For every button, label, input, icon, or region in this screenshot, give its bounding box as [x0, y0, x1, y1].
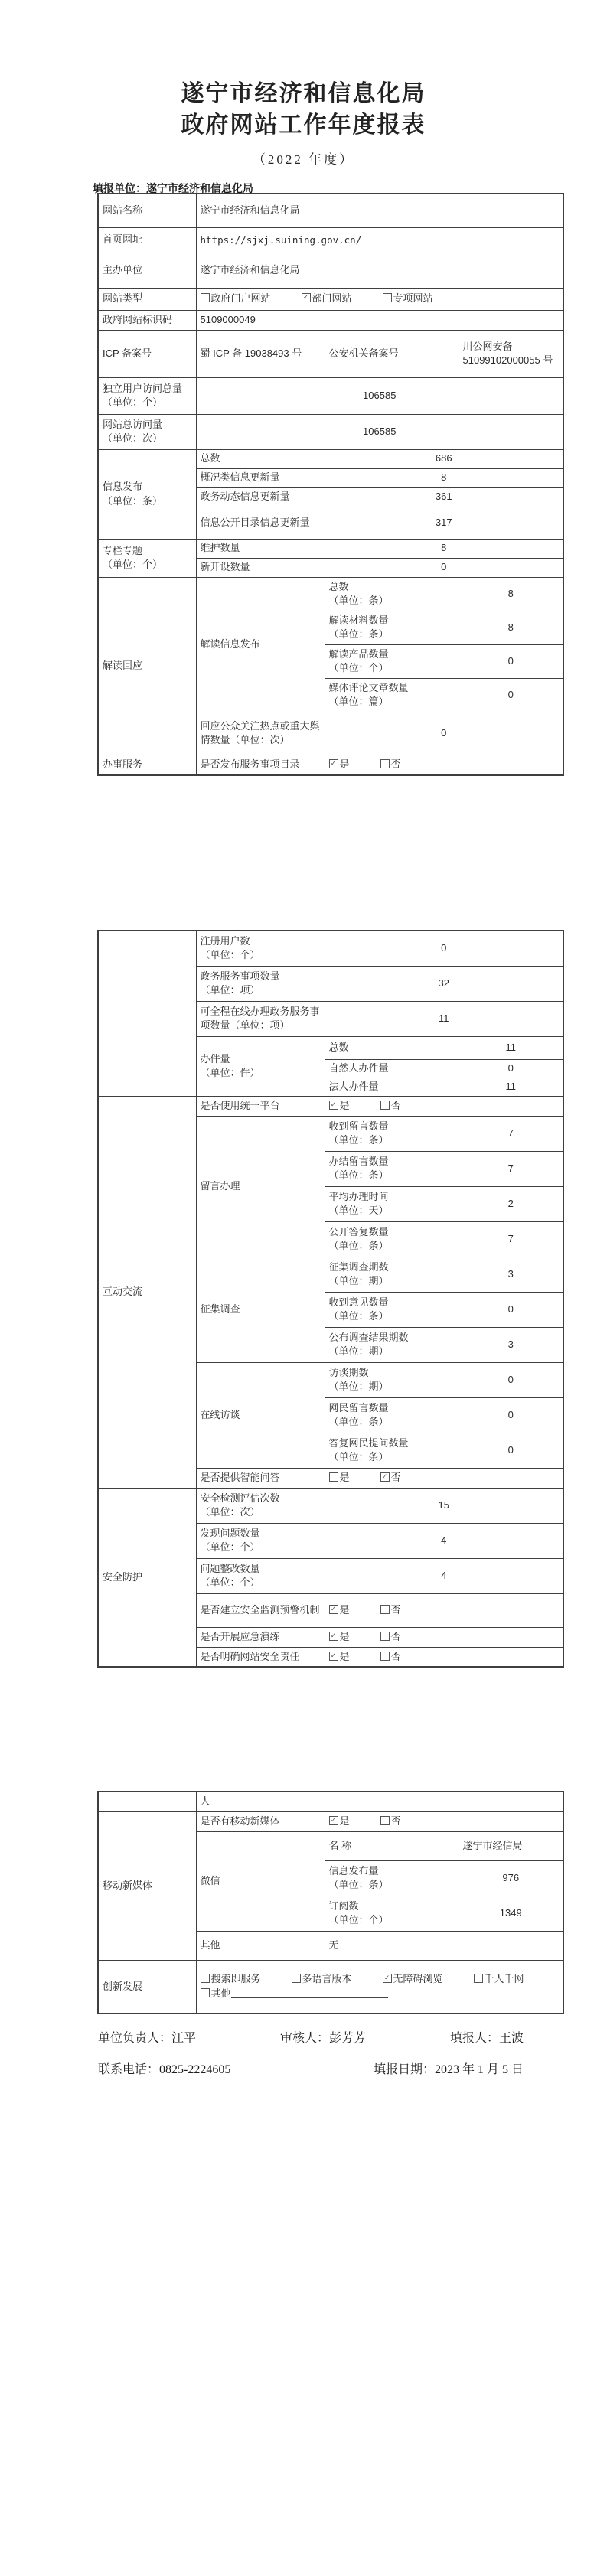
- checkbox-group-cell: 搜索即服务多语言版本无障碍浏览千人千网其他: [196, 1960, 563, 2014]
- checkbox-label: 是: [340, 1604, 350, 1616]
- table-cell: 公开答复数量 （单位：条）: [325, 1221, 459, 1257]
- checkbox-group-cell: 是否: [325, 755, 563, 775]
- table-cell: 无: [325, 1931, 563, 1960]
- report-date: 填报日期：2023 年 1 月 5 日: [374, 2061, 524, 2079]
- mobile-media-innovation-table: 人移动新媒体是否有移动新媒体是否微信名 称遂宁市经信局信息发布量 （单位：条）9…: [97, 1791, 564, 2014]
- table-cell: 11: [459, 1036, 563, 1059]
- checkbox-option[interactable]: 部门网站: [302, 292, 352, 304]
- table-cell: 首页网址: [98, 227, 196, 253]
- fill-in-blank: [231, 1987, 388, 1998]
- checkbox-unchecked-icon[interactable]: [380, 759, 390, 768]
- table-cell: 4: [325, 1558, 563, 1593]
- checkbox-group-cell: 是否: [325, 1647, 563, 1667]
- signature-row-1: 单位负责人：江平 审核人：彭芳芳 填报人：王波: [98, 2030, 524, 2047]
- checkbox-label: 是: [340, 1815, 350, 1827]
- checkbox-label: 是: [340, 1100, 350, 1111]
- checkbox-unchecked-icon[interactable]: [201, 1974, 210, 1983]
- annual-report-page: 遂宁市经济和信息化局 政府网站工作年度报表 （2022 年度） 填报单位：遂宁市…: [0, 0, 607, 2576]
- table-cell: 0: [459, 644, 563, 678]
- site-code-cell: 5109000049: [196, 310, 563, 330]
- checkbox-label: 其他: [211, 1987, 231, 1999]
- table-cell: ICP 备案号: [98, 330, 196, 377]
- table-cell: 317: [325, 507, 563, 539]
- table-cell: 0: [459, 1397, 563, 1433]
- table-cell: 信息发布 （单位：条）: [98, 449, 196, 539]
- checkbox-option[interactable]: 否: [380, 1604, 401, 1616]
- checkbox-checked-icon[interactable]: [329, 1101, 338, 1110]
- checkbox-option[interactable]: 是: [329, 1651, 350, 1662]
- table-cell: 征集调查: [196, 1257, 325, 1362]
- table-cell: 在线访谈: [196, 1362, 325, 1468]
- checkbox-unchecked-icon[interactable]: [329, 1472, 338, 1482]
- table-cell: 0: [459, 1362, 563, 1397]
- table-cell: 0: [325, 558, 563, 577]
- table-cell: 访谈期数 （单位：期）: [325, 1362, 459, 1397]
- table-cell: 新开设数量: [196, 558, 325, 577]
- table-cell: 解读回应: [98, 577, 196, 755]
- checkbox-label: 是: [340, 1651, 350, 1662]
- table-cell: 网站总访问量 （单位：次）: [98, 414, 196, 449]
- table-cell: 是否明确网站安全责任: [196, 1647, 325, 1667]
- responsible-person: 单位负责人：江平: [98, 2030, 196, 2047]
- checkbox-unchecked-icon[interactable]: [380, 1632, 390, 1641]
- checkbox-option[interactable]: 是: [329, 1815, 350, 1827]
- checkbox-label: 千人千网: [485, 1973, 524, 1984]
- checkbox-option[interactable]: 否: [380, 1631, 401, 1642]
- table-cell: 3: [459, 1257, 563, 1292]
- table-cell: 政府网站标识码: [98, 310, 196, 330]
- table-cell: 独立用户访问总量（单位：个）: [98, 377, 196, 414]
- table-cell: 32: [325, 966, 563, 1001]
- checkbox-label: 无障碍浏览: [393, 1973, 443, 1984]
- sponsor-cell: 遂宁市经济和信息化局: [196, 253, 563, 288]
- checkbox-label: 否: [391, 758, 401, 770]
- table-cell: 微信: [196, 1831, 325, 1931]
- checkbox-option[interactable]: 千人千网: [474, 1973, 524, 1984]
- table-cell: 安全检测评估次数 （单位：次）: [196, 1488, 325, 1523]
- site-name-cell: 遂宁市经济和信息化局: [196, 194, 563, 227]
- table-cell: 回应公众关注热点或重大舆情数量（单位：次）: [196, 712, 325, 755]
- table-cell: 0: [459, 1059, 563, 1078]
- table-cell: 7: [459, 1151, 563, 1186]
- table-cell: 3: [459, 1327, 563, 1362]
- empty-cell: [325, 1792, 563, 1811]
- checkbox-checked-icon[interactable]: [329, 1652, 338, 1661]
- table-cell: 106585: [196, 377, 563, 414]
- table-cell: 收到意见数量 （单位：条）: [325, 1292, 459, 1327]
- table-cell: 解读信息发布: [196, 577, 325, 712]
- checkbox-option[interactable]: 否: [380, 1100, 401, 1111]
- empty-cell: [98, 931, 196, 1096]
- checkbox-option[interactable]: 多语言版本: [292, 1973, 352, 1984]
- label-continuation-cell: 人: [196, 1792, 325, 1811]
- checkbox-label: 政府门户网站: [211, 292, 271, 304]
- checkbox-checked-icon[interactable]: [380, 1472, 390, 1482]
- checkbox-label: 否: [391, 1472, 401, 1483]
- contact-phone: 联系电话：0825-2224605: [98, 2061, 230, 2079]
- table-cell: 是否使用统一平台: [196, 1096, 325, 1116]
- table-cell: 11: [325, 1001, 563, 1036]
- table-cell: 11: [459, 1078, 563, 1096]
- table-cell: 网站名称: [98, 194, 196, 227]
- checkbox-option[interactable]: 否: [380, 1815, 401, 1827]
- table-cell: 安全防护: [98, 1488, 196, 1667]
- checkbox-unchecked-icon[interactable]: [474, 1974, 483, 1983]
- checkbox-option[interactable]: 是: [329, 1604, 350, 1616]
- table-cell: 信息发布量 （单位：条）: [325, 1860, 459, 1896]
- checkbox-option[interactable]: 否: [380, 1651, 401, 1662]
- empty-cell: [98, 1792, 196, 1811]
- services-interaction-security-table: 注册用户数 （单位：个）0政务服务事项数量 （单位：项）32可全程在线办理政务服…: [97, 930, 564, 1668]
- checkbox-label: 否: [391, 1100, 401, 1111]
- table-cell: 是否有移动新媒体: [196, 1811, 325, 1831]
- checkbox-label: 是: [340, 758, 350, 770]
- table-cell: 0: [459, 1292, 563, 1327]
- table-cell: 维护数量: [196, 539, 325, 558]
- checkbox-group-cell: 是否: [325, 1627, 563, 1647]
- checkbox-option[interactable]: 是: [329, 1631, 350, 1642]
- report-year: （2022 年度）: [0, 148, 607, 168]
- table-cell: 2: [459, 1186, 563, 1221]
- checkbox-unchecked-icon[interactable]: [380, 1652, 390, 1661]
- table-cell: 自然人办件量: [325, 1059, 459, 1078]
- checkbox-label: 是: [340, 1472, 350, 1483]
- checkbox-option[interactable]: 专项网站: [383, 292, 433, 304]
- homepage-url-cell: https://sjxj.suining.gov.cn/: [196, 227, 563, 253]
- table-cell: 媒体评论文章数量 （单位：篇）: [325, 678, 459, 712]
- checkbox-label: 多语言版本: [302, 1973, 352, 1984]
- report-title-line1: 遂宁市经济和信息化局: [0, 78, 607, 109]
- checkbox-group-cell: 是否: [325, 1096, 563, 1116]
- table-cell: 互动交流: [98, 1096, 196, 1488]
- table-cell: 8: [325, 468, 563, 487]
- table-cell: 0: [459, 678, 563, 712]
- checkbox-checked-icon[interactable]: [302, 293, 311, 302]
- checkbox-unchecked-icon[interactable]: [380, 1605, 390, 1614]
- table-cell: 总数 （单位：条）: [325, 577, 459, 611]
- table-cell: 8: [325, 539, 563, 558]
- checkbox-option[interactable]: 政府门户网站: [201, 292, 271, 304]
- table-cell: 注册用户数 （单位：个）: [196, 931, 325, 966]
- table-cell: 解读材料数量 （单位：条）: [325, 611, 459, 644]
- table-cell: 政务服务事项数量 （单位：项）: [196, 966, 325, 1001]
- table-cell: 移动新媒体: [98, 1811, 196, 1960]
- table-cell: 征集调查期数 （单位：期）: [325, 1257, 459, 1292]
- checkbox-checked-icon[interactable]: [329, 1816, 338, 1825]
- table-cell: 是否建立安全监测预警机制: [196, 1593, 325, 1627]
- checkbox-label: 否: [391, 1631, 401, 1642]
- table-cell: 1349: [459, 1896, 563, 1931]
- checkbox-option[interactable]: 是: [329, 1472, 350, 1483]
- report-title: 遂宁市经济和信息化局 政府网站工作年度报表: [0, 78, 607, 141]
- table-cell: 可全程在线办理政务服务事项数量（单位：项）: [196, 1001, 325, 1036]
- checkbox-unchecked-icon[interactable]: [201, 293, 210, 302]
- table-cell: 8: [459, 611, 563, 644]
- table-cell: 概况类信息更新量: [196, 468, 325, 487]
- table-cell: 是否发布服务事项目录: [196, 755, 325, 775]
- table-cell: 网民留言数量 （单位：条）: [325, 1397, 459, 1433]
- table-cell: 8: [459, 577, 563, 611]
- table-cell: 网站类型: [98, 288, 196, 310]
- table-cell: 信息公开目录信息更新量: [196, 507, 325, 539]
- table-cell: 发现问题数量 （单位：个）: [196, 1523, 325, 1558]
- checkbox-group-cell: 是否: [325, 1593, 563, 1627]
- signature-footer: 单位负责人：江平 审核人：彭芳芳 填报人：王波 联系电话：0825-222460…: [98, 2030, 524, 2092]
- table-cell: 解读产品数量 （单位：个）: [325, 644, 459, 678]
- website-basic-info-table: 网站名称遂宁市经济和信息化局首页网址https://sjxj.suining.g…: [97, 193, 564, 776]
- checkbox-label: 部门网站: [312, 292, 352, 304]
- checkbox-checked-icon[interactable]: [329, 1605, 338, 1614]
- table-cell: 创新发展: [98, 1960, 196, 2014]
- checkbox-label: 否: [391, 1815, 401, 1827]
- checkbox-label: 专项网站: [393, 292, 433, 304]
- report-title-line2: 政府网站工作年度报表: [0, 109, 607, 141]
- table-cell: 问题整改数量 （单位：个）: [196, 1558, 325, 1593]
- table-cell: 留言办理: [196, 1116, 325, 1257]
- checkbox-unchecked-icon[interactable]: [292, 1974, 301, 1983]
- checkbox-group-cell: 政府门户网站部门网站专项网站: [196, 288, 563, 310]
- table-cell: 平均办理时间 （单位：天）: [325, 1186, 459, 1221]
- table-cell: 4: [325, 1523, 563, 1558]
- table-cell: 政务动态信息更新量: [196, 487, 325, 507]
- table-cell: 是否提供智能问答: [196, 1468, 325, 1488]
- table-cell: 办件量 （单位：件）: [196, 1036, 325, 1096]
- checkbox-label: 否: [391, 1651, 401, 1662]
- checkbox-label: 否: [391, 1604, 401, 1616]
- table-cell: 专栏专题 （单位：个）: [98, 539, 196, 577]
- table-cell: 686: [325, 449, 563, 468]
- table-cell: 收到留言数量 （单位：条）: [325, 1116, 459, 1151]
- checkbox-label: 搜索即服务: [211, 1973, 261, 1984]
- checkbox-label: 是: [340, 1631, 350, 1642]
- table-cell: 订阅数 （单位：个）: [325, 1896, 459, 1931]
- table-cell: 办事服务: [98, 755, 196, 775]
- table-cell: 总数: [325, 1036, 459, 1059]
- checkbox-option[interactable]: 否: [380, 1472, 401, 1483]
- table-cell: 0: [459, 1433, 563, 1468]
- checkbox-group-cell: 是否: [325, 1811, 563, 1831]
- table-cell: 0: [325, 712, 563, 755]
- checkbox-option[interactable]: 否: [380, 758, 401, 770]
- checkbox-checked-icon[interactable]: [329, 1632, 338, 1641]
- checkbox-unchecked-icon[interactable]: [380, 1816, 390, 1825]
- table-cell: 15: [325, 1488, 563, 1523]
- filler-person: 填报人：王波: [450, 2030, 524, 2047]
- wechat-name-cell: 遂宁市经信局: [459, 1831, 563, 1860]
- checkbox-unchecked-icon[interactable]: [201, 1988, 210, 1997]
- table-cell: 106585: [196, 414, 563, 449]
- checkbox-option[interactable]: 是: [329, 758, 350, 770]
- checkbox-unchecked-icon[interactable]: [380, 1101, 390, 1110]
- checkbox-option[interactable]: 搜索即服务: [201, 1973, 261, 1984]
- checkbox-option[interactable]: 其他: [201, 1987, 388, 1999]
- table-cell: 公布调查结果期数 （单位：期）: [325, 1327, 459, 1362]
- table-cell: 主办单位: [98, 253, 196, 288]
- table-cell: 7: [459, 1116, 563, 1151]
- table-cell: 7: [459, 1221, 563, 1257]
- table-cell: 976: [459, 1860, 563, 1896]
- checkbox-checked-icon[interactable]: [383, 1974, 392, 1983]
- table-cell: 总数: [196, 449, 325, 468]
- checkbox-option[interactable]: 是: [329, 1100, 350, 1111]
- table-cell: 名 称: [325, 1831, 459, 1860]
- checkbox-unchecked-icon[interactable]: [383, 293, 392, 302]
- auditor-person: 审核人：彭芳芳: [280, 2030, 366, 2047]
- table-cell: 法人办件量: [325, 1078, 459, 1096]
- checkbox-group-cell: 是否: [325, 1468, 563, 1488]
- checkbox-checked-icon[interactable]: [329, 759, 338, 768]
- table-cell: 0: [325, 931, 563, 966]
- table-cell: 公安机关备案号: [325, 330, 459, 377]
- police-record-cell: 川公网安备 51099102000055 号: [459, 330, 563, 377]
- table-cell: 办结留言数量 （单位：条）: [325, 1151, 459, 1186]
- table-cell: 是否开展应急演练: [196, 1627, 325, 1647]
- table-cell: 其他: [196, 1931, 325, 1960]
- checkbox-option[interactable]: 无障碍浏览: [383, 1973, 443, 1984]
- table-cell: 答复网民提问数量 （单位：条）: [325, 1433, 459, 1468]
- signature-row-2: 联系电话：0825-2224605 填报日期：2023 年 1 月 5 日: [98, 2061, 524, 2079]
- table-cell: 361: [325, 487, 563, 507]
- icp-number-cell: 蜀 ICP 备 19038493 号: [196, 330, 325, 377]
